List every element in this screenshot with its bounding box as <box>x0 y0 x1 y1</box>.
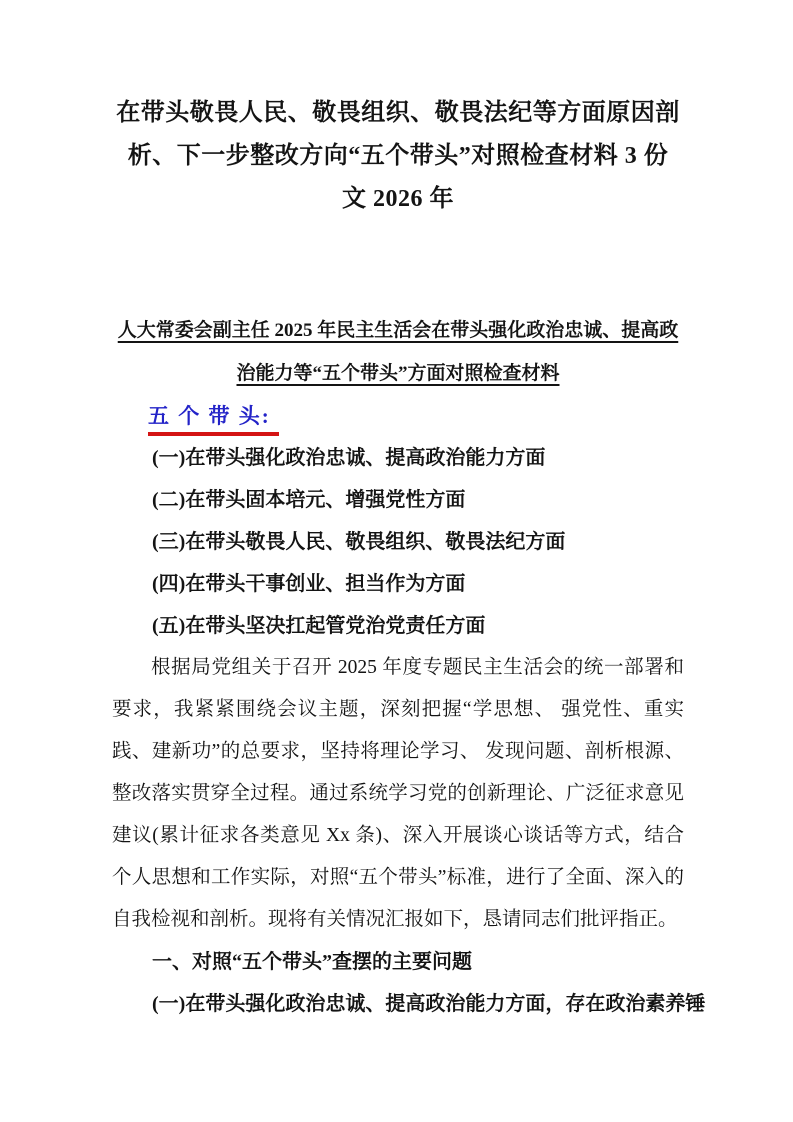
document-title-line-1: 在带头敬畏人民、敬畏组织、敬畏法纪等方面原因剖 <box>112 92 684 135</box>
document-subtitle-line-2: 治能力等“五个带头”方面对照检查材料 <box>112 352 684 395</box>
document-subtitle-line-1: 人大常委会副主任 2025 年民主生活会在带头强化政治忠诚、提高政 <box>112 309 684 352</box>
document-subtitle: 人大常委会副主任 2025 年民主生活会在带头强化政治忠诚、提高政 治能力等“五… <box>112 309 684 395</box>
five-leads-label: 五 个 带 头: <box>148 401 279 436</box>
five-leads-heading: 五 个 带 头: <box>112 395 684 437</box>
document-title-line-3: 文 2026 年 <box>112 178 684 221</box>
document-title: 在带头敬畏人民、敬畏组织、敬畏法纪等方面原因剖 析、下一步整改方向“五个带头”对… <box>112 92 684 221</box>
five-leads-list: (一)在带头强化政治忠诚、提高政治能力方面 (二)在带头固本培元、增强党性方面 … <box>112 437 684 647</box>
document-title-line-2: 析、下一步整改方向“五个带头”对照检查材料 3 份 <box>112 135 684 178</box>
lead-item-4: (四)在带头干事创业、担当作为方面 <box>112 563 684 605</box>
lead-item-3: (三)在带头敬畏人民、敬畏组织、敬畏法纪方面 <box>112 521 684 563</box>
document-page: 在带头敬畏人民、敬畏组织、敬畏法纪等方面原因剖 析、下一步整改方向“五个带头”对… <box>0 0 793 1122</box>
section-heading: 一、对照“五个带头”查摆的主要问题 <box>112 941 684 983</box>
lead-item-5: (五)在带头坚决扛起管党治党责任方面 <box>112 605 684 647</box>
lead-item-2: (二)在带头固本培元、增强党性方面 <box>112 479 684 521</box>
subsection-heading: (一)在带头强化政治忠诚、提高政治能力方面，存在政治素养锤 <box>112 983 684 1025</box>
lead-item-1: (一)在带头强化政治忠诚、提高政治能力方面 <box>112 437 684 479</box>
intro-paragraph: 根据局党组关于召开 2025 年度专题民主生活会的统一部署和要求，我紧紧围绕会议… <box>112 647 684 941</box>
